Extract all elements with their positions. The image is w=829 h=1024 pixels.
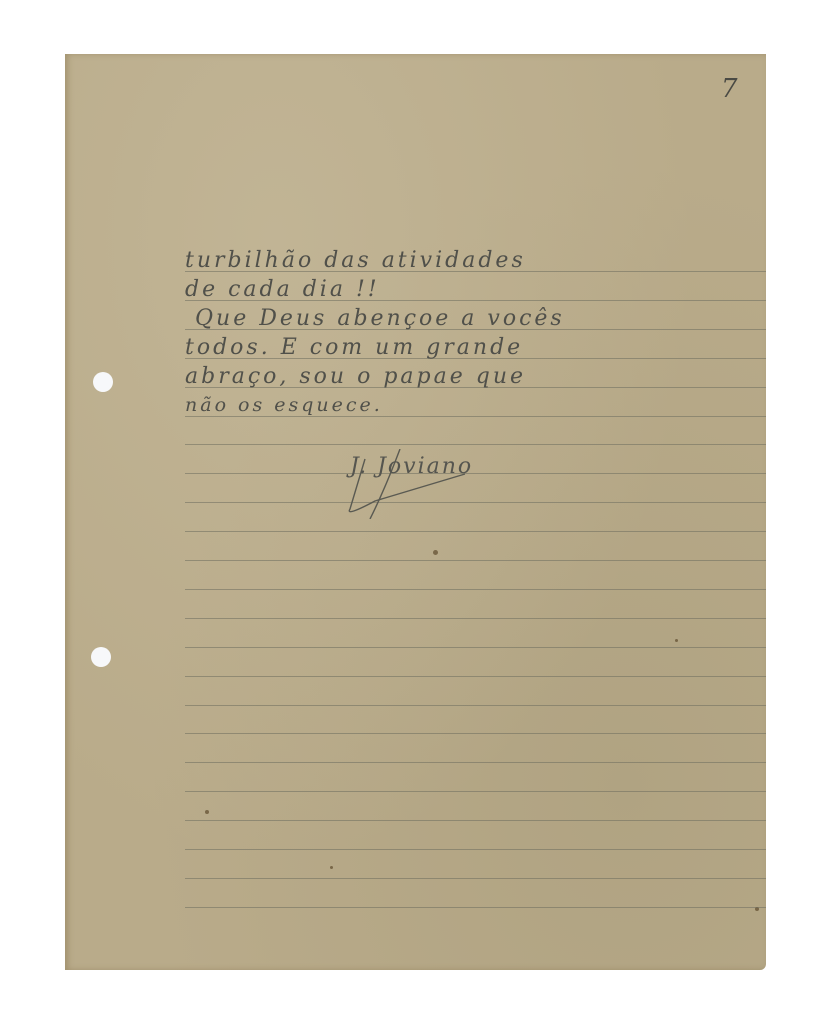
letter-line-4: todos. E com um grande (185, 333, 523, 362)
letter-line-2: de cada dia !! (185, 275, 380, 304)
ruled-line (185, 733, 766, 734)
letter-page: 7 turbilhão das atividades de cada dia !… (65, 54, 766, 970)
ruled-line (185, 618, 766, 619)
ruled-line (185, 907, 766, 908)
ruled-line (185, 878, 766, 879)
letter-line-1: turbilhão das atividades (185, 246, 526, 275)
ruled-line (185, 762, 766, 763)
ruled-line (185, 444, 766, 445)
paper-speck (433, 550, 438, 555)
ruled-line (185, 791, 766, 792)
ruled-line (185, 531, 766, 532)
ruled-line (185, 647, 766, 648)
paper-speck (675, 639, 678, 642)
letter-line-5: abraço, sou o papae que (185, 362, 526, 391)
punch-hole-bottom (91, 647, 111, 667)
ruled-line (185, 676, 766, 677)
ruled-line (185, 560, 766, 561)
ruled-line (185, 589, 766, 590)
paper-speck (205, 810, 209, 814)
letter-line-3: Que Deus abençoe a vocês (195, 304, 565, 333)
ruled-line (185, 705, 766, 706)
signature: J. Joviano (350, 454, 473, 479)
ruled-line (185, 820, 766, 821)
letter-line-6: não os esquece. (185, 391, 383, 420)
paper-speck (330, 866, 333, 869)
ruled-line (185, 849, 766, 850)
page-number: 7 (721, 74, 738, 104)
punch-hole-top (93, 372, 113, 392)
